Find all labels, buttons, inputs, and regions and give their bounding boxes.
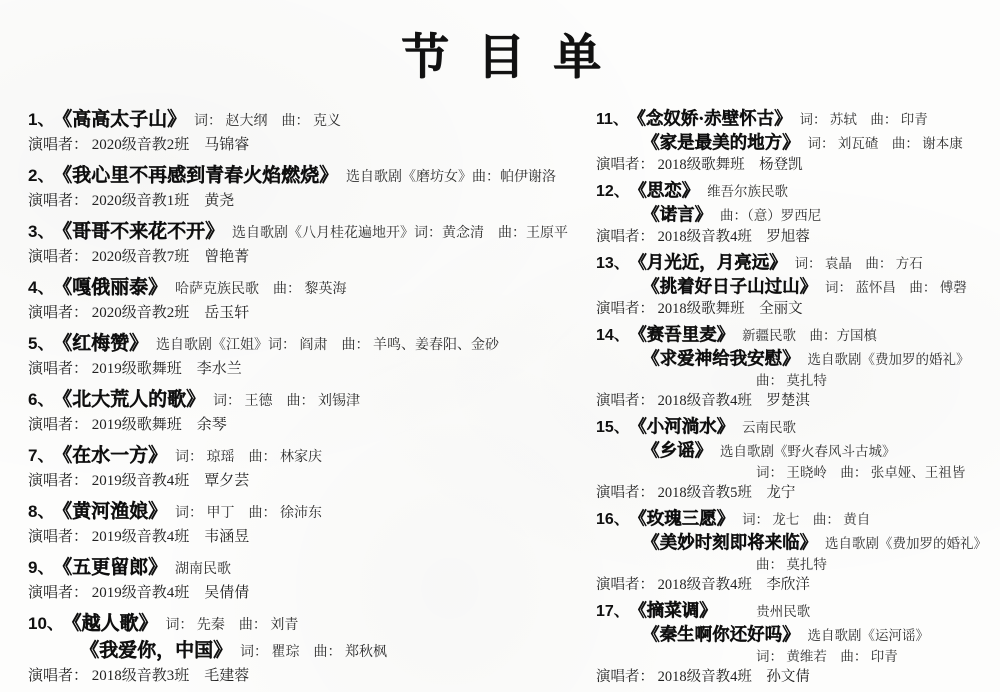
song-credit: 词： 蓝怀昌 曲： 傅磬 — [825, 280, 967, 295]
song-title: 《念奴娇·赤壁怀古》 — [637, 108, 792, 128]
program-item: 2、《我心里不再感到青春火焰燃烧》选自歌剧《磨坊女》曲：帕伊谢洛演唱者： 202… — [28, 163, 580, 212]
song-credit: 选自歌剧《江姐》词： 阎肃 曲： 羊鸣、姜春阳、金砂 — [156, 338, 499, 353]
song-line: 7、《在水一方》词： 琼瑶 曲： 林家庆 — [28, 443, 580, 470]
program-columns: 1、《高高太子山》词： 赵大纲 曲： 克义演唱者： 2020级音教2班 马锦睿2… — [28, 107, 974, 692]
song-title: 《黄河渔娘》 — [62, 501, 167, 522]
program-item: 9、《五更留郎》湖南民歌演唱者： 2019级音教4班 吴倩倩 — [28, 555, 580, 604]
program-item: 3、《哥哥不来花不开》选自歌剧《八月桂花遍地开》词：黄念清 曲：王原平演唱者： … — [28, 219, 580, 268]
performer-line: 演唱者： 2019级歌舞班 余琴 — [28, 414, 580, 436]
song-line: 《家是最美的地方》词： 刘瓦碴 曲： 谢本康 — [642, 131, 974, 155]
song-credit: 哈萨克族民歌 曲： 黎英海 — [175, 282, 347, 297]
song-credit: 曲：（意）罗西尼 — [720, 208, 821, 223]
song-title: 《小河淌水》 — [638, 416, 734, 436]
program-item: 10、《越人歌》词： 先秦 曲： 刘青《我爱你，中国》词： 瞿琮 曲： 郑秋枫演… — [28, 611, 580, 687]
song-credit: 湖南民歌 — [175, 562, 231, 577]
item-number: 2、 — [28, 166, 54, 185]
song-credit: 贵州民歌 — [716, 604, 811, 619]
item-number: 11、 — [596, 111, 629, 128]
performer-line: 演唱者： 2018级音教3班 毛建蓉 — [28, 665, 580, 687]
song-title: 《在水一方》 — [62, 445, 167, 466]
song-title: 《乡谣》 — [642, 440, 712, 460]
performer-line: 演唱者： 2018级音教4班 李欣洋 — [596, 575, 974, 596]
performer-line: 演唱者： 2018级音教4班 罗楚淇 — [596, 391, 974, 412]
program-item: 6、《北大荒人的歌》词： 王德 曲： 刘锡津演唱者： 2019级歌舞班 余琴 — [28, 387, 580, 436]
song-line: 4、《嘎俄丽泰》哈萨克族民歌 曲： 黎英海 — [28, 275, 580, 302]
item-number: 5、 — [28, 334, 54, 353]
song-credit: 词： 赵大纲 曲： 克义 — [194, 114, 341, 129]
song-credit-continuation: 词： 黄维若 曲： 印青 — [756, 647, 974, 667]
program-item: 14、《赛吾里麦》新疆民歌 曲：方国槙《求爱神给我安慰》选自歌剧《费加罗的婚礼》… — [596, 323, 974, 412]
program-item: 11、《念奴娇·赤壁怀古》词： 苏轼 曲： 印青《家是最美的地方》词： 刘瓦碴 … — [596, 107, 974, 176]
song-line: 9、《五更留郎》湖南民歌 — [28, 555, 580, 582]
song-credit: 选自歌剧《费加罗的婚礼》 — [825, 536, 987, 551]
song-credit: 词： 王德 曲： 刘锡津 — [213, 394, 360, 409]
item-number: 14、 — [596, 327, 630, 344]
page-title: 节目单 — [28, 18, 974, 87]
song-title: 《五更留郎》 — [62, 557, 167, 578]
song-title: 《红梅赞》 — [62, 333, 148, 354]
song-credit-continuation: 曲： 莫扎特 — [756, 555, 974, 575]
song-line: 《诺言》曲：（意）罗西尼 — [642, 203, 974, 227]
performer-line: 演唱者： 2018级歌舞班 全丽文 — [596, 299, 974, 320]
song-title: 《挑着好日子山过山》 — [642, 276, 817, 296]
program-item: 5、《红梅赞》选自歌剧《江姐》词： 阎肃 曲： 羊鸣、姜春阳、金砂演唱者： 20… — [28, 331, 580, 380]
song-title: 《思恋》 — [638, 180, 699, 200]
program-column-left: 1、《高高太子山》词： 赵大纲 曲： 克义演唱者： 2020级音教2班 马锦睿2… — [28, 107, 580, 692]
song-title: 《月光近，月亮远》 — [638, 252, 787, 272]
song-title: 《秦生啊你还好吗》 — [642, 624, 800, 644]
song-line: 16、《玫瑰三愿》词： 龙七 曲： 黄自 — [596, 507, 974, 531]
song-title: 《我心里不再感到青春火焰燃烧》 — [62, 165, 338, 186]
song-title: 《摘菜调》 — [638, 600, 708, 620]
item-number: 7、 — [28, 446, 54, 465]
song-credit: 选自歌剧《八月桂花遍地开》词：黄念清 曲：王原平 — [232, 226, 568, 241]
program-item: 17、《摘菜调》 贵州民歌《秦生啊你还好吗》选自歌剧《运河谣》词： 黄维若 曲：… — [596, 599, 974, 688]
song-line: 14、《赛吾里麦》新疆民歌 曲：方国槙 — [596, 323, 974, 347]
song-title: 《北大荒人的歌》 — [62, 389, 205, 410]
performer-line: 演唱者： 2018级歌舞班 杨登凯 — [596, 155, 974, 176]
song-title: 《求爱神给我安慰》 — [642, 348, 800, 368]
song-line: 10、《越人歌》词： 先秦 曲： 刘青 — [28, 611, 580, 638]
song-credit: 维吾尔族民歌 — [707, 184, 788, 199]
item-number: 16、 — [596, 511, 630, 528]
performer-line: 演唱者： 2020级音教7班 曾艳菁 — [28, 246, 580, 268]
program-sheet: 节目单 1、《高高太子山》词： 赵大纲 曲： 克义演唱者： 2020级音教2班 … — [0, 0, 1000, 692]
song-credit: 词： 袁晶 曲： 方石 — [795, 256, 923, 271]
song-line: 17、《摘菜调》 贵州民歌 — [596, 599, 974, 623]
item-number: 17、 — [596, 603, 630, 620]
song-line: 1、《高高太子山》词： 赵大纲 曲： 克义 — [28, 107, 580, 134]
song-line: 13、《月光近，月亮远》词： 袁晶 曲： 方石 — [596, 251, 974, 275]
song-title: 《越人歌》 — [72, 613, 158, 634]
performer-line: 演唱者： 2020级音教2班 马锦睿 — [28, 134, 580, 156]
song-credit: 词： 甲丁 曲： 徐沛东 — [175, 506, 322, 521]
song-title: 《哥哥不来花不开》 — [62, 221, 224, 242]
song-credit: 云南民歌 — [742, 420, 796, 435]
item-number: 10、 — [28, 614, 64, 633]
item-number: 8、 — [28, 502, 54, 521]
song-line: 《求爱神给我安慰》选自歌剧《费加罗的婚礼》 — [642, 347, 974, 371]
performer-line: 演唱者： 2019级音教4班 覃夕芸 — [28, 470, 580, 492]
program-item: 12、《思恋》维吾尔族民歌《诺言》曲：（意）罗西尼演唱者： 2018级音教4班 … — [596, 179, 974, 248]
song-title: 《美妙时刻即将来临》 — [642, 532, 817, 552]
program-item: 1、《高高太子山》词： 赵大纲 曲： 克义演唱者： 2020级音教2班 马锦睿 — [28, 107, 580, 156]
program-item: 13、《月光近，月亮远》词： 袁晶 曲： 方石《挑着好日子山过山》词： 蓝怀昌 … — [596, 251, 974, 320]
performer-line: 演唱者： 2018级音教4班 罗旭蓉 — [596, 227, 974, 248]
song-title: 《嘎俄丽泰》 — [62, 277, 167, 298]
song-line: 3、《哥哥不来花不开》选自歌剧《八月桂花遍地开》词：黄念清 曲：王原平 — [28, 219, 580, 246]
song-title: 《高高太子山》 — [62, 109, 186, 130]
performer-line: 演唱者： 2020级音教1班 黄尧 — [28, 190, 580, 212]
item-number: 4、 — [28, 278, 54, 297]
program-item: 7、《在水一方》词： 琼瑶 曲： 林家庆演唱者： 2019级音教4班 覃夕芸 — [28, 443, 580, 492]
song-line: 8、《黄河渔娘》词： 甲丁 曲： 徐沛东 — [28, 499, 580, 526]
item-number: 6、 — [28, 390, 54, 409]
song-line: 《挑着好日子山过山》词： 蓝怀昌 曲： 傅磬 — [642, 275, 974, 299]
item-number: 12、 — [596, 183, 630, 200]
performer-line: 演唱者： 2019级音教4班 吴倩倩 — [28, 582, 580, 604]
song-credit: 词： 琼瑶 曲： 林家庆 — [175, 450, 322, 465]
item-number: 15、 — [596, 419, 630, 436]
song-title: 《赛吾里麦》 — [638, 324, 734, 344]
song-credit: 选自歌剧《磨坊女》曲：帕伊谢洛 — [346, 170, 556, 185]
program-column-right: 11、《念奴娇·赤壁怀古》词： 苏轼 曲： 印青《家是最美的地方》词： 刘瓦碴 … — [596, 107, 974, 691]
song-title: 《诺言》 — [642, 204, 712, 224]
song-line: 5、《红梅赞》选自歌剧《江姐》词： 阎肃 曲： 羊鸣、姜春阳、金砂 — [28, 331, 580, 358]
song-line: 《我爱你，中国》词： 瞿琮 曲： 郑秋枫 — [80, 638, 580, 665]
song-credit: 新疆民歌 曲：方国槙 — [742, 328, 877, 343]
program-item: 8、《黄河渔娘》词： 甲丁 曲： 徐沛东演唱者： 2019级音教4班 韦涵昱 — [28, 499, 580, 548]
song-line: 《美妙时刻即将来临》选自歌剧《费加罗的婚礼》 — [642, 531, 974, 555]
song-credit: 词： 先秦 曲： 刘青 — [165, 618, 298, 633]
performer-line: 演唱者： 2019级音教4班 韦涵昱 — [28, 526, 580, 548]
song-title: 《我爱你，中国》 — [80, 640, 232, 661]
song-credit: 选自歌剧《运河谣》 — [808, 628, 930, 643]
performer-line: 演唱者： 2019级歌舞班 李水兰 — [28, 358, 580, 380]
song-credit: 选自歌剧《野火春风斗古城》 — [720, 444, 896, 459]
program-item: 4、《嘎俄丽泰》哈萨克族民歌 曲： 黎英海演唱者： 2020级音教2班 岳玉轩 — [28, 275, 580, 324]
song-credit: 词： 刘瓦碴 曲： 谢本康 — [808, 136, 963, 151]
song-credit-continuation: 曲： 莫扎特 — [756, 371, 974, 391]
song-line: 《秦生啊你还好吗》选自歌剧《运河谣》 — [642, 623, 974, 647]
performer-line: 演唱者： 2018级音教4班 孙文倩 — [596, 667, 974, 688]
song-credit: 词： 瞿琮 曲： 郑秋枫 — [240, 645, 387, 660]
song-line: 12、《思恋》维吾尔族民歌 — [596, 179, 974, 203]
song-line: 6、《北大荒人的歌》词： 王德 曲： 刘锡津 — [28, 387, 580, 414]
song-line: 2、《我心里不再感到青春火焰燃烧》选自歌剧《磨坊女》曲：帕伊谢洛 — [28, 163, 580, 190]
item-number: 9、 — [28, 558, 54, 577]
item-number: 1、 — [28, 110, 54, 129]
song-credit: 词： 龙七 曲： 黄自 — [742, 512, 870, 527]
song-credit: 选自歌剧《费加罗的婚礼》 — [808, 352, 970, 367]
program-item: 15、《小河淌水》云南民歌《乡谣》选自歌剧《野火春风斗古城》词： 王晓岭 曲： … — [596, 415, 974, 504]
song-line: 《乡谣》选自歌剧《野火春风斗古城》 — [642, 439, 974, 463]
performer-line: 演唱者： 2020级音教2班 岳玉轩 — [28, 302, 580, 324]
item-number: 13、 — [596, 255, 630, 272]
song-credit-continuation: 词： 王晓岭 曲： 张卓娅、王祖皆 — [756, 463, 974, 483]
song-line: 11、《念奴娇·赤壁怀古》词： 苏轼 曲： 印青 — [596, 107, 974, 131]
song-line: 15、《小河淌水》云南民歌 — [596, 415, 974, 439]
song-credit: 词： 苏轼 曲： 印青 — [800, 112, 928, 127]
item-number: 3、 — [28, 222, 54, 241]
program-item: 16、《玫瑰三愿》词： 龙七 曲： 黄自《美妙时刻即将来临》选自歌剧《费加罗的婚… — [596, 507, 974, 596]
song-title: 《家是最美的地方》 — [642, 132, 800, 152]
performer-line: 演唱者： 2018级音教5班 龙宁 — [596, 483, 974, 504]
song-title: 《玫瑰三愿》 — [638, 508, 734, 528]
